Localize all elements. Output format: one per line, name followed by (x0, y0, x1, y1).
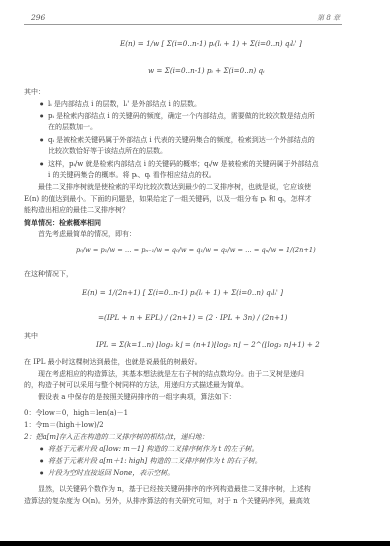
algo-bullet-none: 片段为空时直接返回 None，表示空树。 (48, 467, 174, 479)
algo-step-1: 1：令m＝(high＋low)/2 (24, 419, 104, 431)
algo-step-2: 2：把a[m]存入正在构造的二叉排序树的根结点t，递归地： (24, 431, 209, 443)
page-number: 296 (31, 13, 45, 22)
formula-en-equal-2: =(IPL + n + EPL) / (2n+1) = (2 · IPL + 3… (98, 313, 287, 322)
formula-equal-prob: p₀/w = p₁/w = … = pₙ₋₁/w = q₀/w = q₁/w =… (76, 246, 316, 254)
where2-label: 其中 (24, 330, 38, 342)
algo-bullet-left: 将基于元素片段 a[low: m－1] 构造的二叉排序树作为 t 的左子树。 (48, 443, 258, 455)
formula-en-equal: E(n) = 1/(2n+1) [ Σ(i=0..n-1) pᵢ(lᵢ + 1)… (82, 288, 283, 297)
chapter-label: 第 8 章 (317, 13, 340, 23)
para3: 在 IPL 最小时这棵树达到最佳，也就是说最低的树最好。 (24, 356, 202, 368)
para6-line1: 显然，以关键码个数作为 n，基于已经按关键码排序的序列构造最佳二叉排序树，上述构 (38, 483, 311, 495)
book-page: 296 第 8 章 E(n) = 1/w [ Σ(i=0..n-1) pᵢ(lᵢ… (0, 0, 390, 541)
bottom-black-bar (0, 541, 390, 546)
algo-bullet-right: 将基于元素片段 a[m＋1: high] 构造的二叉排序树作为 t 的右子树。 (48, 455, 262, 467)
formula-en: E(n) = 1/w [ Σ(i=0..n-1) pᵢ(lᵢ + 1) + Σ(… (120, 39, 302, 48)
in-this-case: 在这种情况下， (24, 268, 73, 280)
bullet-l: lᵢ 是内部结点 i 的层数，lᵢ' 是外部结点 i 的层数。 (48, 98, 201, 110)
algo-step-0: 0：令low＝0，high＝len(a)－1 (24, 407, 128, 419)
where-label: 其中： (24, 86, 45, 98)
bullet-q-cont: 比较次数恰好等于该结点所在的层数。 (48, 145, 167, 157)
para1-line1: 最佳二叉排序树就是使检索的平均比较次数达到最少的二叉排序树，也就是说，它应该使 (38, 181, 311, 193)
bullet-prob-cont: i 的关键码集合的概率。将 pᵢ、qᵢ 看作相应结点的权。 (48, 169, 216, 181)
para6-line2: 造算法的复杂度为 O(n)。另外，从排序算法的有关研究可知，对于 n 个关键码序… (24, 495, 310, 507)
header-rule (24, 24, 342, 25)
formula-w: w = Σ(i=0..n-1) pᵢ + Σ(i=0..n) qᵢ (148, 66, 265, 75)
bullet-p-cont: 在的层数加一。 (48, 121, 97, 133)
para4-line2: 的，构造子树可以采用与整个树同样的方法，用递归方式描述最为简单。 (24, 379, 248, 391)
para1-line3: 能构造出相应的最佳二叉排序树？ (24, 204, 129, 216)
para5: 假设表 a 中保存的是按照关键码排序的一组字典项，算法如下： (38, 391, 236, 403)
para2: 首先考虑最简单的情况，即有： (38, 228, 136, 240)
formula-ipl: IPL = Σ(k=1..n) ⌊log₂ k⌋ = (n+1)⌊log₂ n⌋… (96, 340, 320, 349)
